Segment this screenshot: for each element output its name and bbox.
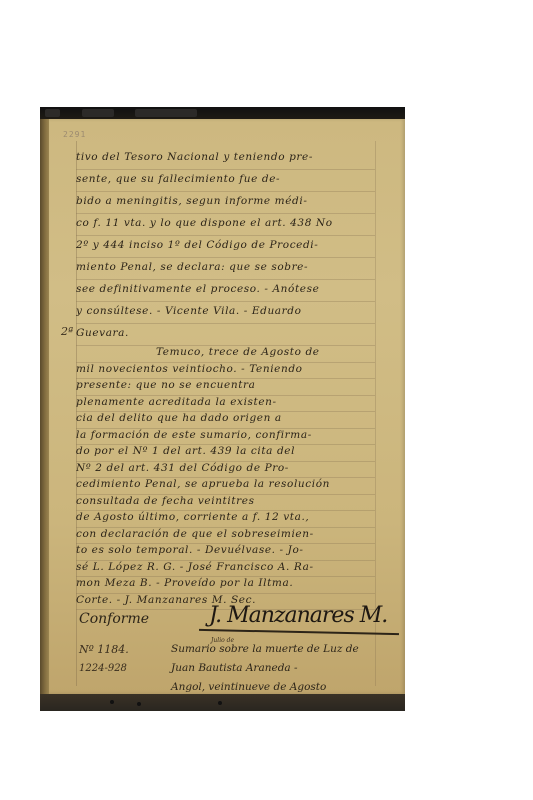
entry-marker: 2ª: [61, 325, 73, 338]
debris-spot: [110, 700, 114, 704]
text-line: tivo del Tesoro Nacional y teniendo pre-: [76, 147, 375, 170]
binder-tab: [135, 109, 197, 117]
ledger-page: 2291 tivo del Tesoro Nacional y teniendo…: [49, 119, 405, 694]
text-line: con declaración de que el sobreseimien-: [76, 527, 375, 545]
text-line: plenamente acreditada la existen-: [76, 395, 375, 413]
case-number: Nº 1184.: [79, 643, 129, 656]
date-code: 1224-928: [79, 663, 127, 674]
text-line: Nº 2 del art. 431 del Código de Pro-: [76, 461, 375, 479]
text-line: miento Penal, se declara: que se sobre-: [76, 257, 375, 280]
text-line: co f. 11 vta. y lo que dispone el art. 4…: [76, 213, 375, 236]
text-line: sé L. López R. G. - José Francisco A. Ra…: [76, 560, 375, 578]
document-photo: 2291 tivo del Tesoro Nacional y teniendo…: [40, 107, 405, 711]
text-line: Temuco, trece de Agosto de: [76, 345, 375, 363]
top-dark-strip: [40, 107, 405, 119]
footer-line: Juan Bautista Araneda -: [171, 662, 298, 674]
text-line: mon Meza B. - Proveído por la Iltma.: [76, 576, 375, 594]
text-line: mil novecientos veintiocho. - Teniendo: [76, 362, 375, 380]
signature-underline: [199, 629, 399, 635]
debris-spot: [137, 702, 141, 706]
conforme-label: Conforme: [79, 611, 149, 627]
text-line: sente, que su fallecimiento fue de-: [76, 169, 375, 192]
binder-tab: [82, 109, 114, 117]
text-line: cia del delito que ha dado origen a: [76, 411, 375, 429]
text-line: to es solo temporal. - Devuélvase. - Jo-: [76, 543, 375, 561]
page-stamp: 2291: [63, 130, 86, 139]
text-line: la formación de este sumario, confirma-: [76, 428, 375, 446]
text-line: 2º y 444 inciso 1º del Código de Procedi…: [76, 235, 375, 258]
text-line: do por el Nº 1 del art. 439 la cita del: [76, 444, 375, 462]
text-line: bido a meningitis, segun informe médi-: [76, 191, 375, 214]
debris-spot: [218, 701, 222, 705]
footer-line: Angol, veintinueve de Agosto: [171, 681, 326, 693]
bottom-dark-strip: [40, 694, 405, 711]
text-line: consultada de fecha veintitres: [76, 494, 375, 512]
text-line: de Agosto último, corriente a f. 12 vta.…: [76, 510, 375, 528]
text-line: Guevara.: [76, 323, 375, 346]
text-line: presente: que no se encuentra: [76, 378, 375, 396]
text-line: see definitivamente el proceso. - Anótes…: [76, 279, 375, 302]
signature: J. Manzanares M.: [209, 603, 387, 628]
binder-tab: [45, 109, 60, 117]
text-line: cedimiento Penal, se aprueba la resoluci…: [76, 477, 375, 495]
footer-line: Sumario sobre la muerte de Luz de: [171, 643, 359, 655]
text-line: y consúltese. - Vicente Vila. - Eduardo: [76, 301, 375, 324]
